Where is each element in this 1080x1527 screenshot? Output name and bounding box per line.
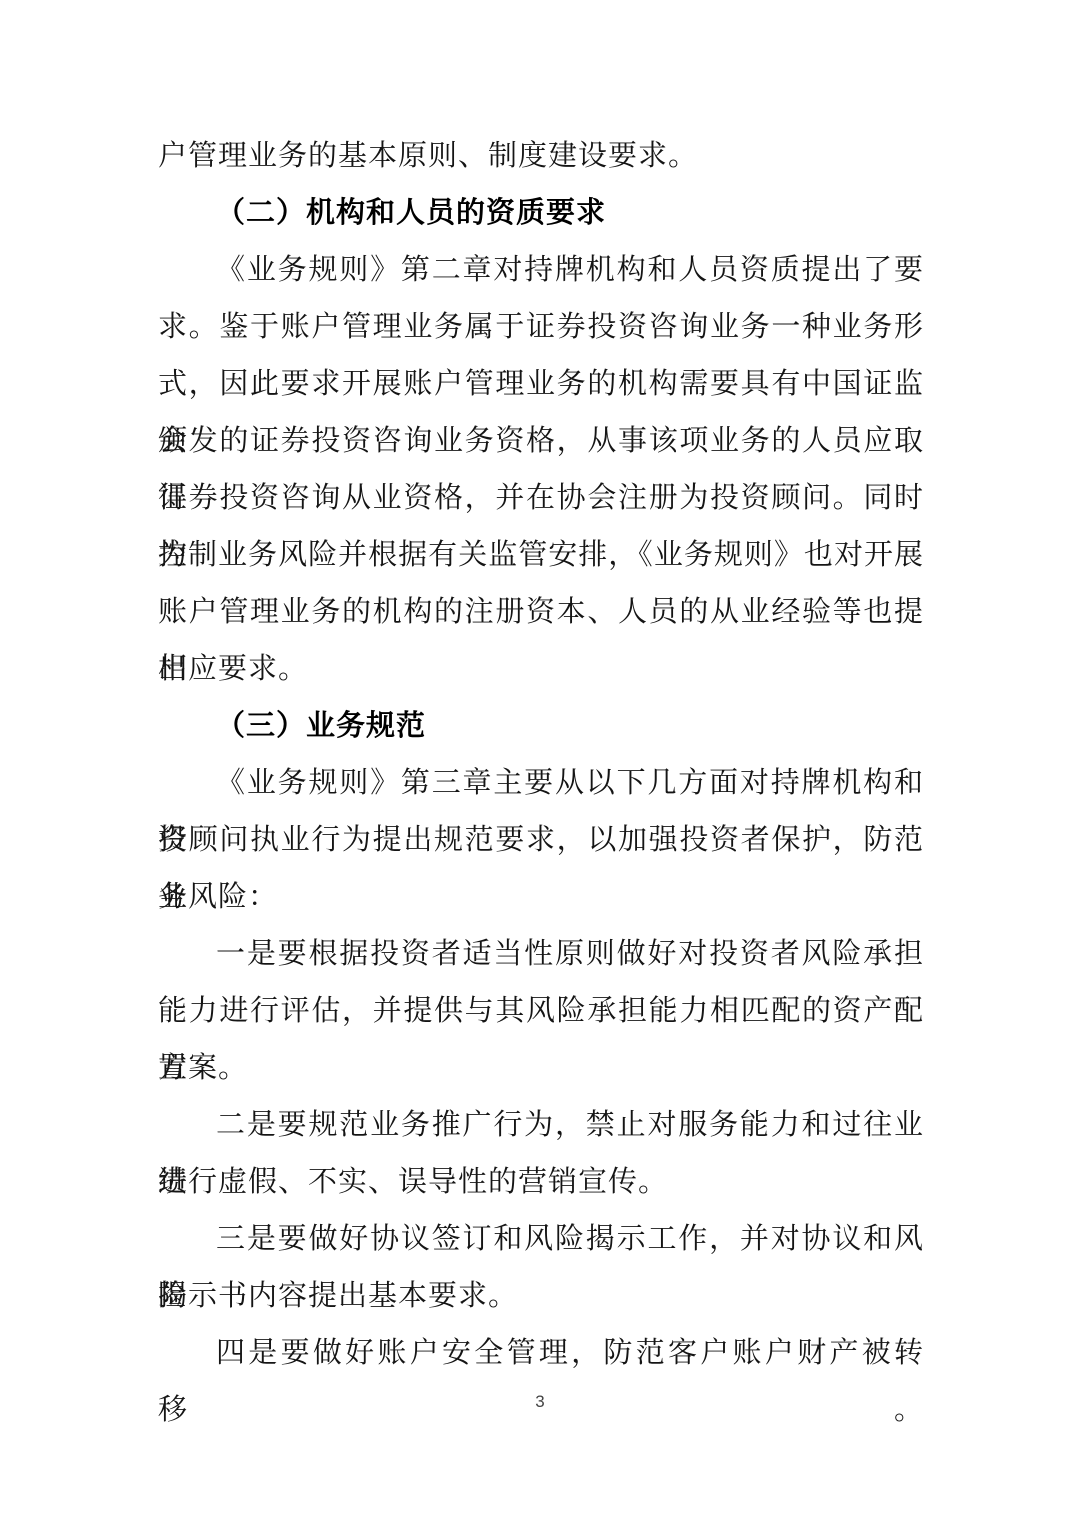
text-line: 证券投资咨询从业资格，并在协会注册为投资顾问。同时为 xyxy=(158,470,924,527)
text-line: 《业务规则》第三章主要从以下几方面对持牌机构和投 xyxy=(158,755,924,812)
document-page: 户管理业务的基本原则、制度建设要求。 （二）机构和人员的资质要求 《业务规则》第… xyxy=(0,0,1080,1527)
text-line: 一是要根据投资者适当性原则做好对投资者风险承担 xyxy=(158,926,924,983)
document-body: 户管理业务的基本原则、制度建设要求。 （二）机构和人员的资质要求 《业务规则》第… xyxy=(158,128,924,1382)
text-line: 相应要求。 xyxy=(158,641,924,698)
text-line: 户管理业务的基本原则、制度建设要求。 xyxy=(158,128,924,185)
text-line: 控制业务风险并根据有关监管安排，《业务规则》也对开展 xyxy=(158,527,924,584)
text-line: 二是要规范业务推广行为，禁止对服务能力和过往业绩 xyxy=(158,1097,924,1154)
section-heading: （三）业务规范 xyxy=(158,698,924,755)
text-line: 揭示书内容提出基本要求。 xyxy=(158,1268,924,1325)
text-line: 账户管理业务的机构的注册资本、人员的从业经验等也提出 xyxy=(158,584,924,641)
text-line: 求。鉴于账户管理业务属于证券投资咨询业务一种业务形 xyxy=(158,299,924,356)
text-line: 资顾问执业行为提出规范要求，以加强投资者保护，防范业 xyxy=(158,812,924,869)
section-heading: （二）机构和人员的资质要求 xyxy=(158,185,924,242)
text-line: 颁发的证券投资咨询业务资格，从事该项业务的人员应取得 xyxy=(158,413,924,470)
text-line: 式，因此要求开展账户管理业务的机构需要具有中国证监会 xyxy=(158,356,924,413)
text-line: 务风险： xyxy=(158,869,924,926)
text-line: 三是要做好协议签订和风险揭示工作，并对协议和风险 xyxy=(158,1211,924,1268)
text-line: 能力进行评估，并提供与其风险承担能力相匹配的资产配置 xyxy=(158,983,924,1040)
page-number: 3 xyxy=(0,1392,1080,1412)
text-line: 《业务规则》第二章对持牌机构和人员资质提出了要 xyxy=(158,242,924,299)
text-line: 进行虚假、不实、误导性的营销宣传。 xyxy=(158,1154,924,1211)
text-line: 方案。 xyxy=(158,1040,924,1097)
text-line: 四是要做好账户安全管理，防范客户账户财产被转移。 xyxy=(158,1325,924,1382)
